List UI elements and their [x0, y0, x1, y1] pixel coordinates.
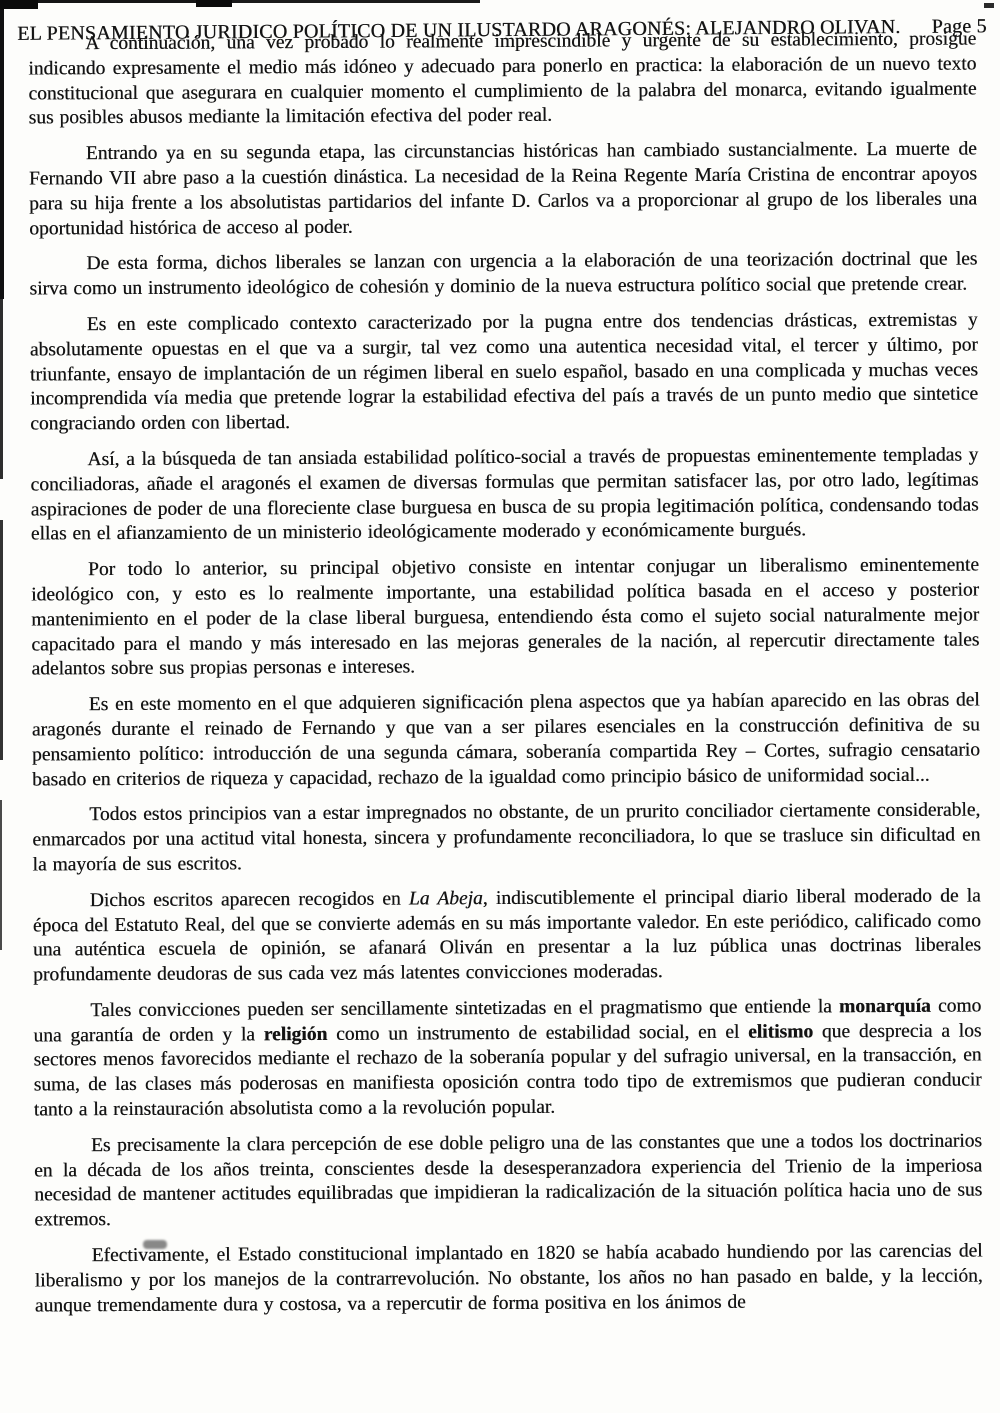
scan-artifact-left-edge-4 [0, 800, 2, 950]
bold-term-elitismo: elitismo [748, 1021, 813, 1042]
journal-title-la-abeja: La Abeja [409, 888, 483, 909]
paragraph-1: A continuación, una vez probado lo realm… [28, 28, 977, 132]
paragraph-9: Dichos escritos aparecen recogidos en La… [33, 884, 982, 988]
bold-term-monarquia: monarquía [839, 996, 931, 1017]
document-body: A continuación, una vez probado lo realm… [28, 28, 983, 1361]
paragraph-4: Es en este complicado contexto caracteri… [30, 308, 979, 437]
paragraph-10-text-3: como un instrumento de estabilidad socia… [327, 1021, 748, 1044]
paragraph-5: Así, a la búsqueda de tan ansiada estabi… [30, 443, 979, 547]
scanned-document-page: EL PENSAMIENTO JURIDICO POLÍTICO DE UN I… [0, 0, 1000, 1413]
paragraph-6: Por todo lo anterior, su principal objet… [31, 554, 980, 683]
paragraph-3: De esta forma, dichos liberales se lanza… [29, 248, 977, 303]
paragraph-9-text: Dichos escritos aparecen recogidos en [90, 888, 409, 911]
paragraph-12: Efectivamente, el Estado constitucional … [35, 1240, 983, 1319]
paragraph-10-text: Tales convicciones pueden ser sencillame… [90, 996, 839, 1021]
paragraph-7: Es en este momento en el que adquieren s… [32, 689, 981, 793]
bold-term-religion: religión [264, 1024, 328, 1045]
page-content: EL PENSAMIENTO JURIDICO POLÍTICO DE UN I… [0, 0, 1000, 1413]
paragraph-2: Entrando ya en su segunda etapa, las cir… [29, 138, 978, 242]
paragraph-8: Todos estos principios van a estar impre… [32, 799, 980, 878]
paragraph-10: Tales convicciones pueden ser sencillame… [33, 994, 982, 1123]
paragraph-11: Es precisamente la clara percepción de e… [34, 1129, 983, 1233]
